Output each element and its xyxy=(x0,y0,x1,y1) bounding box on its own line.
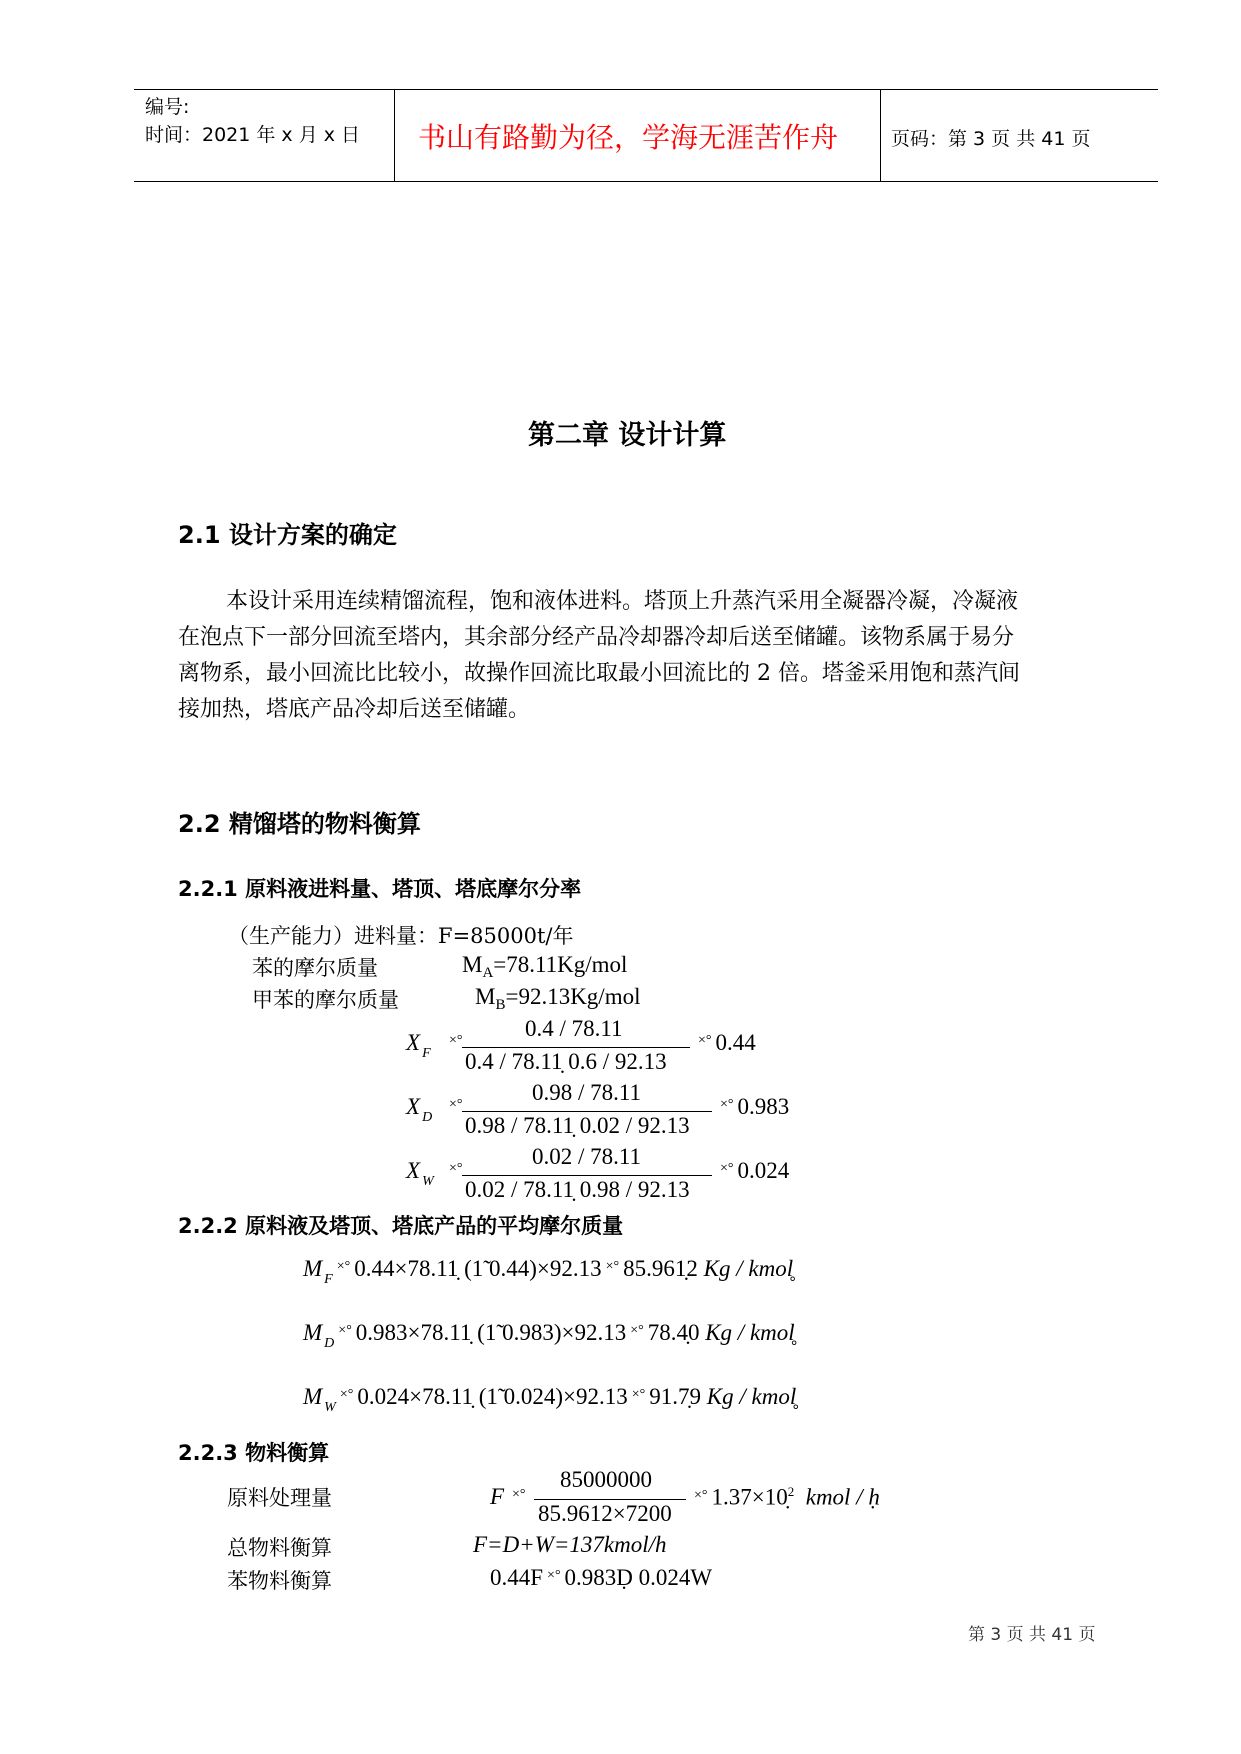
header-divider-left xyxy=(394,89,395,181)
section-2-2-title: 2.2 精馏塔的物料衡算 xyxy=(178,804,421,839)
header-top-border xyxy=(134,89,1158,90)
header-motto: 书山有路勤为径，学海无涯苦作舟 xyxy=(418,116,838,156)
chapter-title: 第二章 设计计算 xyxy=(528,413,726,452)
paragraph-line: 在泡点下一部分回流至塔内，其余部分经产品冷却器冷却后送至储罐。该物系属于易分 xyxy=(178,620,1114,656)
section-2-2-2-title: 2.2.2 原料液及塔顶、塔底产品的平均摩尔质量 xyxy=(178,1210,623,1240)
footer-page-number: 第 3 页 共 41 页 xyxy=(968,1620,1095,1645)
total-balance-equation: F=D+W=137kmol/h xyxy=(473,1532,666,1558)
numerator: 0.98 / 78.11 xyxy=(532,1080,641,1106)
header-bottom-border xyxy=(134,181,1158,182)
toluene-molar-mass-value: MB=92.13Kg/mol xyxy=(475,984,640,1010)
section-2-1-paragraph: 本设计采用连续精馏流程，饱和液体进料。塔顶上升蒸汽采用全凝器冷凝，冷凝液 在泡点… xyxy=(178,584,1114,728)
equation-md: MD×°0.983×78.11̣ (1̃ 0.983)×92.13×°78.4̣… xyxy=(303,1320,795,1346)
feed-rate-line: （生产能力）进料量：F=85000t/年 xyxy=(228,920,573,950)
numerator: 0.02 / 78.11 xyxy=(532,1144,641,1170)
benzene-molar-mass-value: MA=78.11Kg/mol xyxy=(462,952,627,978)
header-number-label: 编号: xyxy=(145,92,189,119)
denominator: 0.4 / 78.11̣ 0.6 / 92.13 xyxy=(465,1049,667,1075)
benzene-balance-equation: 0.44F×°0.983Ḍ 0.024W xyxy=(490,1565,712,1591)
denominator: 0.02 / 78.11̣ 0.98 / 92.13 xyxy=(465,1177,690,1203)
paragraph-line: 接加热，塔底产品冷却后送至储罐。 xyxy=(178,692,1114,728)
denominator: 0.98 / 78.11̣ 0.02 / 92.13 xyxy=(465,1113,690,1139)
total-balance-label: 总物料衡算 xyxy=(227,1532,332,1562)
section-2-2-3-title: 2.2.3 物料衡算 xyxy=(178,1437,329,1467)
benzene-balance-label: 苯物料衡算 xyxy=(227,1565,332,1595)
equation-mw: MW×°0.024×78.11̣ (1̃ 0.024)×92.13×°91.7̣… xyxy=(303,1384,796,1410)
toluene-molar-mass-label: 甲苯的摩尔质量 xyxy=(252,984,399,1014)
header-divider-right xyxy=(880,89,881,181)
header-date-label: 时间：2021 年 x 月 x 日 xyxy=(145,120,360,147)
paragraph-line: 本设计采用连续精馏流程，饱和液体进料。塔顶上升蒸汽采用全凝器冷凝，冷凝液 xyxy=(178,584,1114,620)
equation-mf: MF×°0.44×78.11̣ (1̃ 0.44)×92.13×°85.961̣… xyxy=(303,1256,793,1282)
section-2-2-1-title: 2.2.1 原料液进料量、塔顶、塔底摩尔分率 xyxy=(178,873,581,903)
denominator: 85.9612×7200 xyxy=(538,1501,672,1527)
header-page-label: 页码：第 3 页 共 41 页 xyxy=(891,124,1090,151)
feed-throughput-label: 原料处理量 xyxy=(227,1482,332,1512)
benzene-molar-mass-label: 苯的摩尔质量 xyxy=(252,952,378,982)
numerator: 0.4 / 78.11 xyxy=(525,1016,623,1042)
paragraph-line: 离物系，最小回流比比较小，故操作回流比取最小回流比的 2 倍。塔釜采用饱和蒸汽间 xyxy=(178,656,1114,692)
numerator: 85000000 xyxy=(560,1467,652,1493)
section-2-1-title: 2.1 设计方案的确定 xyxy=(178,515,397,550)
